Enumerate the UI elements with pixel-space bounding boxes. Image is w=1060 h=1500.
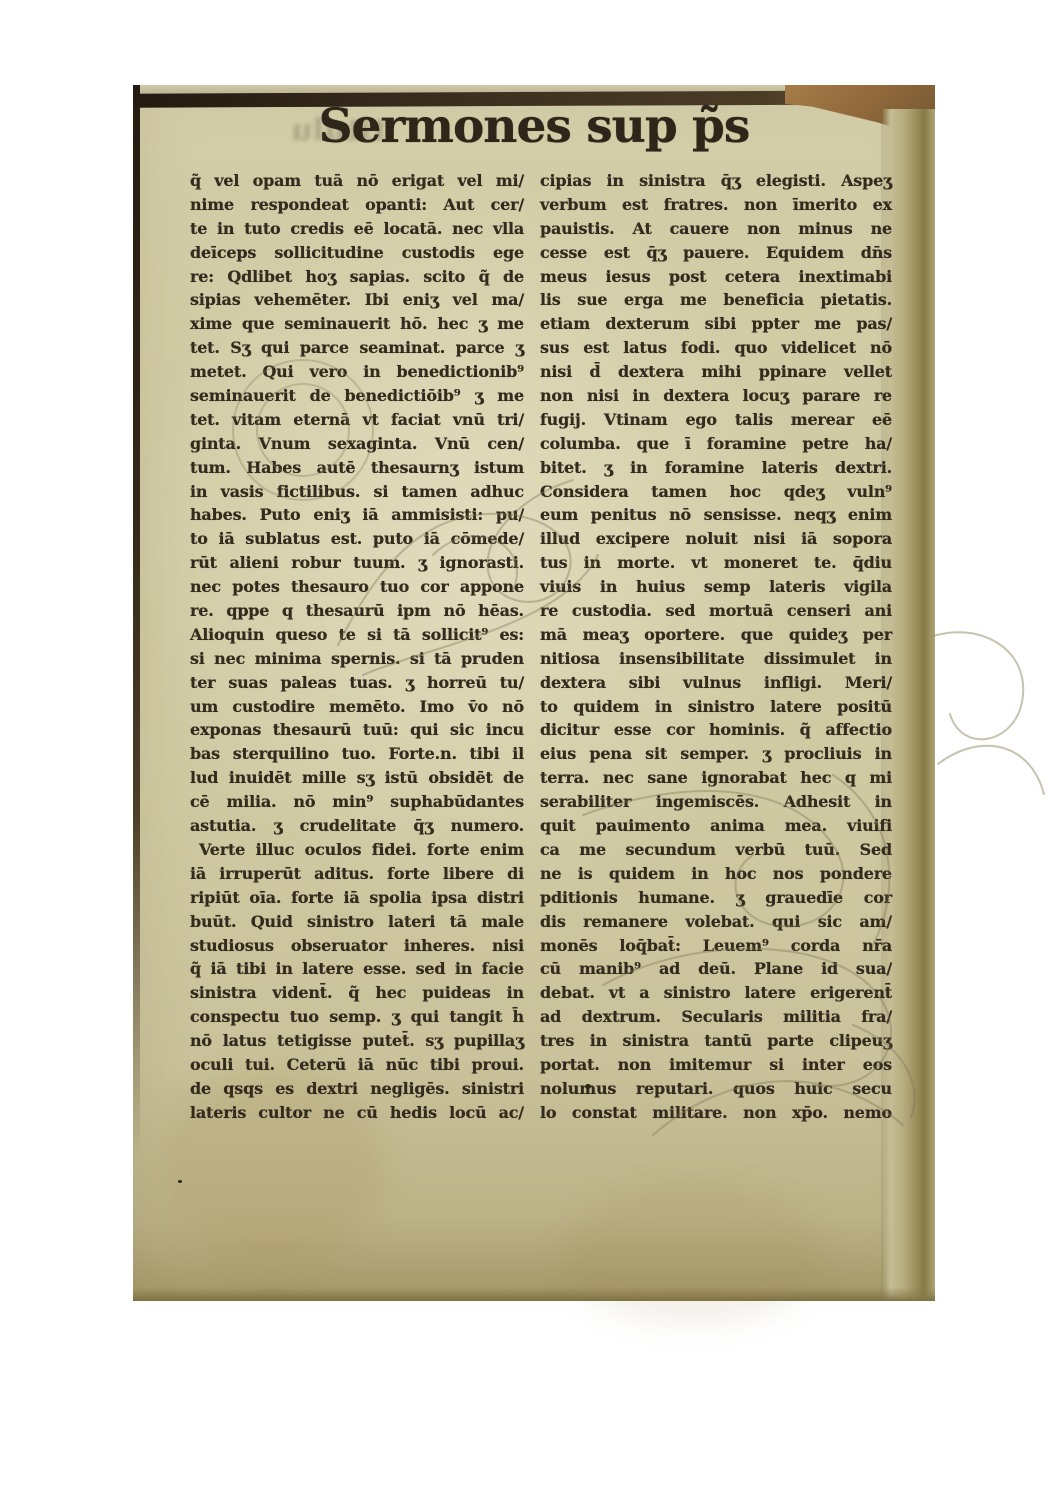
text-line: habes.Putoeniʒiāammisisti:pu/ (190, 503, 524, 527)
text-line: terra.necsaneignorabathecqmi (540, 766, 892, 790)
text-line: Alioquinquesotesitāsollicit⁹es: (190, 623, 524, 647)
text-line: camesecundumverbūtuū.Sed (540, 838, 892, 862)
text-line: toquideminsinistrolaterepositū (540, 695, 892, 719)
text-line: seminaueritdebenedictiōib⁹ʒme (190, 384, 524, 408)
text-line: ximequeseminauerithō.hecʒme (190, 312, 524, 336)
text-line: illudexciperenoluitnisiiāsopora (540, 527, 892, 551)
text-line: eumpenitusnōsensisse.neqʒenim (540, 503, 892, 527)
text-line: sinecminimaspernis.sitāpruden (190, 647, 524, 671)
text-line: susestlatusfodi.quovidelicetnō (540, 336, 892, 360)
text-line: toiāsublatusest.putoiācōmede/ (190, 527, 524, 551)
text-line: sinistravident̄.q̃hecpuideasin (190, 981, 524, 1005)
text-line: verbumestfratres.nonīmeritoex (540, 193, 892, 217)
text-line: nonnisiindexteralocuʒpararere (540, 384, 892, 408)
text-line: tusinmorte.vtmonerette.q̄diu (540, 551, 892, 575)
text-column-right: cipiasinsinistraq̄ʒelegisti.Aspeʒverbume… (540, 169, 892, 1125)
running-title: Sermones sup p̃s (133, 99, 935, 154)
text-line: deqsqsesdextrinegligēs.sinistri (190, 1077, 524, 1101)
text-line: eiuspenasitsemper.ʒprocliuisin (540, 742, 892, 766)
text-line: umcustodirememēto.Imov̄onō (190, 695, 524, 719)
text-line: cesseestq̄ʒpauere.Equidemdn̄s (540, 241, 892, 265)
text-line: dexterasibivulnusinfligi.Meri/ (540, 671, 892, 695)
text-line: cipiasinsinistraq̄ʒelegisti.Aspeʒ (540, 169, 892, 193)
text-line: bitet.ʒinforaminelaterisdextri. (540, 456, 892, 480)
text-line: recustodia.sedmortuācenseriani (540, 599, 892, 623)
text-line: tet.Sʒquiparceseaminat.parceʒ (190, 336, 524, 360)
text-line: oculitui.Ceterūiānūctibiproui. (190, 1053, 524, 1077)
text-line: teintutocrediseēlocatā.necvlla (190, 217, 524, 241)
ink-speck (585, 1084, 591, 1089)
text-line: nisid̄dexteramihippinarevellet (540, 360, 892, 384)
gutter-shadow-edge (133, 85, 140, 1301)
text-line: quitpauimentoanimamea.viuifi (540, 814, 892, 838)
text-column-left: q̃velopamtuānōerigatvelmi/nimerespondeat… (190, 169, 524, 1125)
text-line: q̃velopamtuānōerigatvelmi/ (190, 169, 524, 193)
text-line: viuisinhuiussemplaterisvigila (540, 575, 892, 599)
text-line: monēsloq̄bat̄:Leuem⁹cordanr̄a (540, 934, 892, 958)
text-line: iāirruperūtaditus.forteliberedi (190, 862, 524, 886)
emboss-flourish-margin (920, 612, 1055, 812)
text-line: q̃iātibiinlatereesse.sedinfacie (190, 957, 524, 981)
page-bottom-edge (133, 1287, 935, 1301)
text-line: pditionishumane.ʒgrauedīecor (540, 886, 892, 910)
text-line: cūmanib⁹addeū.Planeidsua/ (540, 957, 892, 981)
text-line: buūt.Quidsinistrolateritāmale (190, 910, 524, 934)
text-line: invasisfictilibus.sitamenadhuc (190, 480, 524, 504)
text-line: Consideratamenhocqdeʒvuln⁹ (540, 480, 892, 504)
text-line: conspectutuosemp.ʒquitangith̄ (190, 1005, 524, 1029)
text-line: studiosusobseruatorinheres.nisi (190, 934, 524, 958)
text-line: dicituressecorhominis.q̃affectio (540, 718, 892, 742)
text-line: nōlatustetigisseputet̄.sʒpupillaʒ (190, 1029, 524, 1053)
text-line: pauistis.Atcauerenonminusne (540, 217, 892, 241)
text-line: neisquideminhocnospondere (540, 862, 892, 886)
text-line: meusiesuspostceterainextimabi (540, 265, 892, 289)
text-line: deīcepssollicitudinecustodisege (190, 241, 524, 265)
text-line: re:Qdlibethoʒsapias.scitoq̃de (190, 265, 524, 289)
text-line: māmeaʒoportere.quequideʒper (540, 623, 892, 647)
text-line: ripiūtoīa.forteiāspoliaipsadistri (190, 886, 524, 910)
text-line: lissueergamebeneficiapietatis. (540, 288, 892, 312)
text-line: tersuaspaleastuas.ʒhorreūtu/ (190, 671, 524, 695)
text-line: sipiasvehemēter.Ibieniʒvelma/ (190, 288, 524, 312)
text-line: tet.vitameternāvtfaciatvnūtri/ (190, 408, 524, 432)
text-line: debat.vtasinistrolatereerigerent̄ (540, 981, 892, 1005)
text-line: tresinsinistratantūparteclipeuʒ (540, 1029, 892, 1053)
text-line: exponasthesaurūtuū:quisicincu (190, 718, 524, 742)
text-line: re.qppeqthesaurūipmnōhēas. (190, 599, 524, 623)
text-line: columba.queīforaminepetreha/ (540, 432, 892, 456)
text-line: metet.Quiveroinbenedictionib⁹ (190, 360, 524, 384)
text-line: ginta.Vnumsexaginta.Vnūcen/ (190, 432, 524, 456)
text-line: fugij.Vtinamegotalismereareē (540, 408, 892, 432)
book-page-scan: titulu Sermones sup p̃s q̃velopamtuānōer… (133, 85, 935, 1301)
foxing-stain (563, 1185, 823, 1325)
text-line: lateriscultornecūhedislocūac/ (190, 1101, 524, 1125)
text-line: Verteillucoculosfidei.forteenim (190, 838, 524, 862)
text-line: bassterquilinotuo.Forte.n.tibiil (190, 742, 524, 766)
text-line: cēmilia.nōmin⁹suphabūdantes (190, 790, 524, 814)
text-line: disremanerevolebat.quisicam/ (540, 910, 892, 934)
text-line: rūtalieniroburtuum.ʒignorasti. (190, 551, 524, 575)
text-line: etiamdexterumsibipptermepas/ (540, 312, 892, 336)
text-line: nolumusreputari.quoshuicsecu (540, 1077, 892, 1101)
text-line: tum.Habesautēthesaurnʒistum (190, 456, 524, 480)
text-line: nitiosainsensibilitatedissimuletin (540, 647, 892, 671)
text-line: ludinuidētmillesʒistūobsidētde (190, 766, 524, 790)
text-line: loconstatmilitare.nonxp̄o.nemo (540, 1101, 892, 1125)
text-line: necpotesthesaurotuocorappone (190, 575, 524, 599)
text-line: astutia.ʒcrudelitateq̄ʒnumero. (190, 814, 524, 838)
ink-speck (178, 1180, 182, 1183)
text-line: portat.nonimitemursiintereos (540, 1053, 892, 1077)
text-line: serabiliteringemiscēs.Adhesitin (540, 790, 892, 814)
text-line: addextrum.Secularismilitiafra/ (540, 1005, 892, 1029)
ink-speck (514, 510, 517, 513)
text-line: nimerespondeatopanti:Autcer/ (190, 193, 524, 217)
